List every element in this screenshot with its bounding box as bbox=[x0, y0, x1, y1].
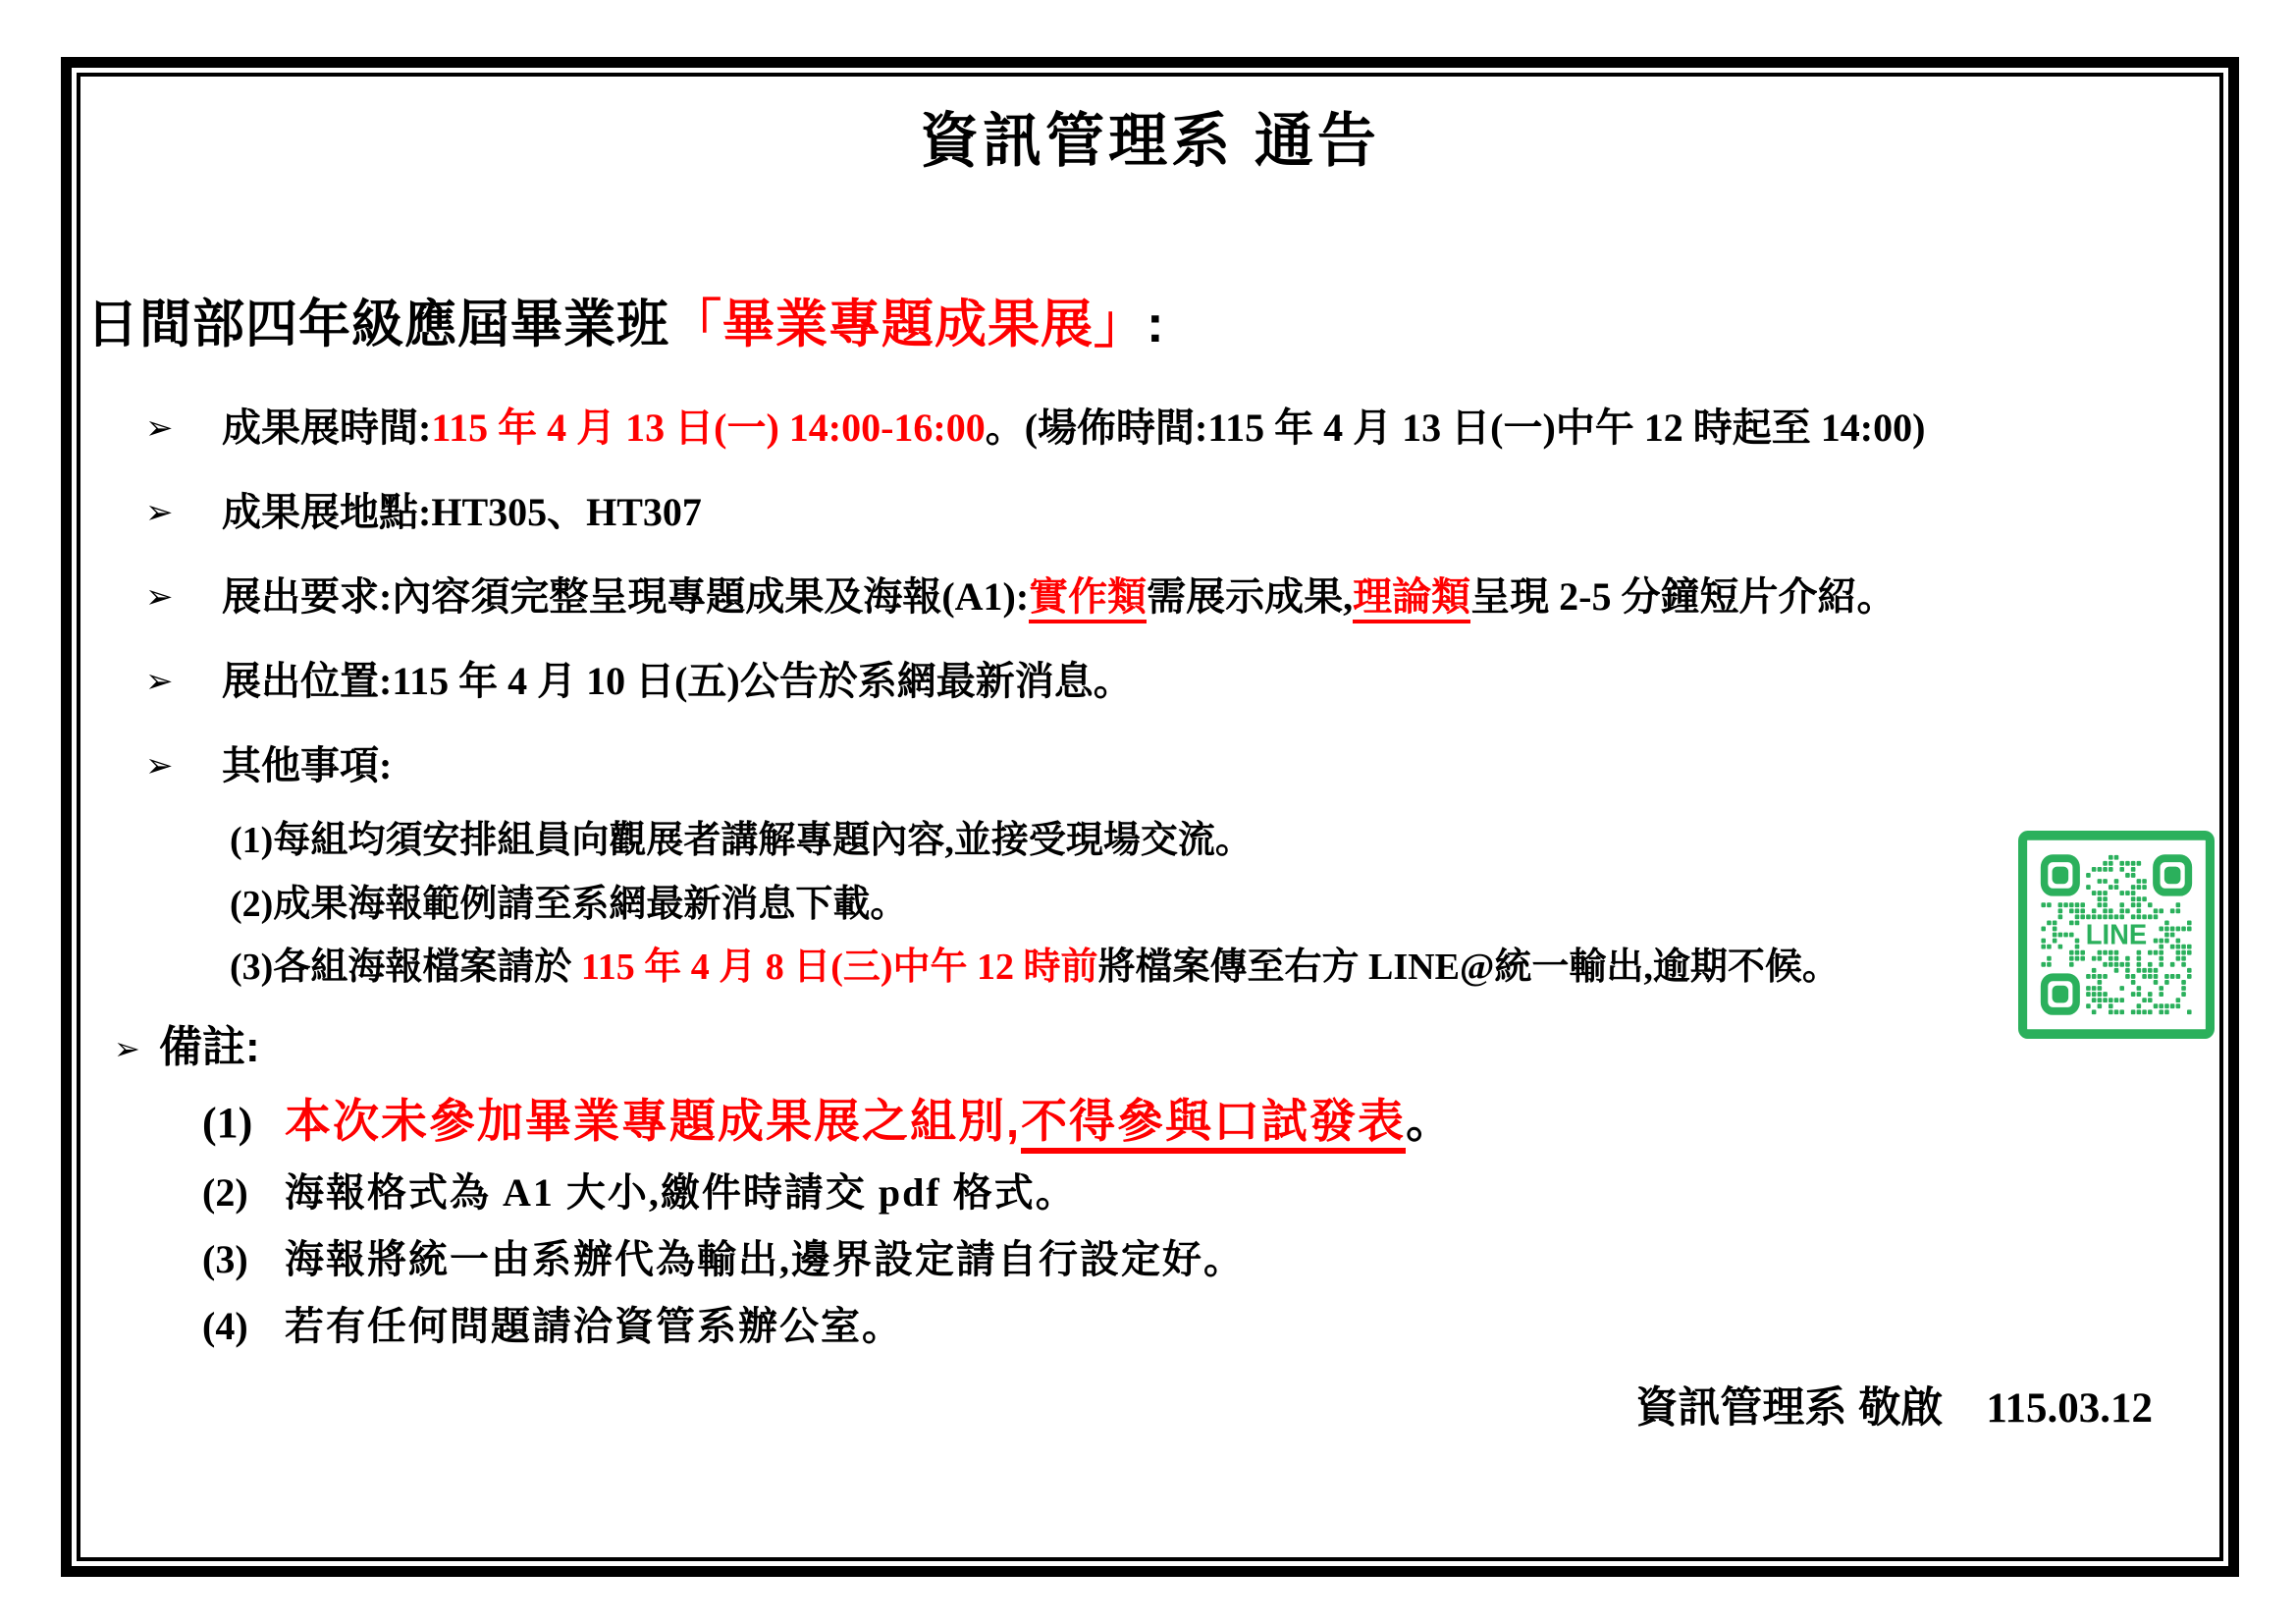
arrow-bullet-icon: ➢ bbox=[145, 577, 222, 618]
bullet-location: ➢ 成果展地點:HT305、HT307 bbox=[86, 489, 2214, 536]
heading-highlight: 「畢業專題成果展」 bbox=[669, 296, 1147, 353]
bullet-time-text: 成果展時間:115 年 4 月 13 日(一) 14:00-16:00。(場佈時… bbox=[222, 405, 1925, 452]
note-item-1-warning: 本次未參加畢業專題成果展之組別, bbox=[285, 1095, 1021, 1147]
bullet-notes: ➢ 備註: bbox=[86, 1022, 2214, 1074]
qr-code-image: LINE bbox=[2018, 831, 2215, 1039]
bullet-requirements-text: 展出要求:內容須完整呈現專題成果及海報(A1):實作類需展示成果,理論類呈現 2… bbox=[222, 573, 1896, 621]
requirements-practical: 實作類 bbox=[1029, 574, 1147, 623]
others-item-3: (3)各組海報檔案請於 115 年 4 月 8 日(三)中午 12 時前將檔案傳… bbox=[230, 946, 2214, 991]
note-item-3: (3) 海報將統一由系辦代為輸出,邊界設定請自行設定好。 bbox=[202, 1236, 2214, 1283]
note-item-2: (2) 海報格式為 A1 大小,繳件時請交 pdf 格式。 bbox=[202, 1169, 2214, 1217]
footer-signature: 資訊管理系 敬啟 bbox=[1635, 1384, 1943, 1432]
others-item-1: (1)每組均須安排組員向觀展者講解專題內容,並接受現場交流。 bbox=[230, 819, 2214, 864]
bullet-time: ➢ 成果展時間:115 年 4 月 13 日(一) 14:00-16:00。(場… bbox=[86, 405, 2214, 452]
notes-label: 備註: bbox=[159, 1022, 260, 1074]
others-item-2-text: 成果海報範例請至系網最新消息下載。 bbox=[273, 884, 907, 925]
requirements-theoretical: 理論類 bbox=[1353, 574, 1470, 623]
bullet-location-text: 成果展地點:HT305、HT307 bbox=[222, 489, 702, 536]
notice-footer: 資訊管理系 敬啟115.03.12 bbox=[86, 1383, 2214, 1435]
line-qr-code: LINE bbox=[2018, 831, 2215, 1039]
arrow-bullet-icon: ➢ bbox=[145, 408, 222, 449]
others-item-3-num: (3) bbox=[230, 947, 273, 988]
others-item-2-num: (2) bbox=[230, 884, 273, 925]
page-border-outer: 資訊管理系 通告 日間部四年級應屆畢業班「畢業專題成果展」: ➢ 成果展時間:1… bbox=[61, 57, 2239, 1577]
arrow-bullet-icon: ➢ bbox=[145, 493, 222, 533]
note-item-4-text: 若有任何問題請洽資管系辦公室。 bbox=[285, 1303, 903, 1350]
others-item-2: (2)成果海報範例請至系網最新消息下載。 bbox=[230, 883, 2214, 928]
arrow-bullet-icon: ➢ bbox=[145, 662, 222, 702]
bullet-position: ➢ 展出位置:115 年 4 月 10 日(五)公告於系網最新消息。 bbox=[86, 658, 2214, 705]
note-item-4: (4) 若有任何問題請洽資管系辦公室。 bbox=[202, 1303, 2214, 1350]
others-item-3-pre: 各組海報檔案請於 bbox=[273, 947, 581, 988]
bullet-others: ➢ 其他事項: bbox=[86, 742, 2214, 789]
others-item-3-deadline: 115 年 4 月 8 日(三)中午 12 時前 bbox=[581, 947, 1098, 988]
note-item-2-text: 海報格式為 A1 大小,繳件時請交 pdf 格式。 bbox=[285, 1169, 1077, 1217]
note-item-3-num: (3) bbox=[202, 1236, 285, 1283]
others-item-1-num: (1) bbox=[230, 820, 273, 861]
others-item-3-post: 將檔案傳至右方 LINE@統一輸出,逾期不候。 bbox=[1098, 947, 1840, 988]
heading-colon: : bbox=[1147, 296, 1165, 353]
note-item-4-num: (4) bbox=[202, 1303, 285, 1350]
location-rooms: HT305、HT307 bbox=[431, 490, 702, 534]
requirements-pre: 展出要求:內容須完整呈現專題成果及海報(A1): bbox=[222, 574, 1029, 619]
note-item-1-period: 。 bbox=[1406, 1095, 1454, 1147]
time-rest: 。(場佈時間:115 年 4 月 13 日(一)中午 12 時起至 14:00) bbox=[986, 406, 1926, 450]
page-border-inner: 資訊管理系 通告 日間部四年級應屆畢業班「畢業專題成果展」: ➢ 成果展時間:1… bbox=[77, 73, 2223, 1561]
time-label: 成果展時間: bbox=[222, 406, 431, 450]
notice-body: ➢ 成果展時間:115 年 4 月 13 日(一) 14:00-16:00。(場… bbox=[86, 405, 2214, 1434]
requirements-post: 呈現 2-5 分鐘短片介紹。 bbox=[1470, 574, 1896, 619]
arrow-bullet-icon: ➢ bbox=[145, 746, 222, 786]
footer-date: 115.03.12 bbox=[1986, 1385, 2153, 1432]
requirements-mid: 需展示成果, bbox=[1147, 574, 1353, 619]
notice-heading: 日間部四年級應屆畢業班「畢業專題成果展」: bbox=[86, 297, 2214, 353]
svg-text:LINE: LINE bbox=[2086, 918, 2147, 950]
bullet-position-text: 展出位置:115 年 4 月 10 日(五)公告於系網最新消息。 bbox=[222, 658, 1133, 705]
note-item-1: (1) 本次未參加畢業專題成果展之組別,不得參與口試發表。 bbox=[202, 1094, 2214, 1150]
arrow-bullet-icon: ➢ bbox=[114, 1030, 159, 1067]
notice-page: { "document": { "title": "資訊管理系 通告", "he… bbox=[0, 0, 2296, 1624]
note-item-1-text: 本次未參加畢業專題成果展之組別,不得參與口試發表。 bbox=[285, 1094, 1454, 1149]
note-item-3-text: 海報將統一由系辦代為輸出,邊界設定請自行設定好。 bbox=[285, 1236, 1245, 1283]
note-item-2-num: (2) bbox=[202, 1169, 285, 1217]
others-label: 其他事項: bbox=[222, 742, 392, 789]
bullet-requirements: ➢ 展出要求:內容須完整呈現專題成果及海報(A1):實作類需展示成果,理論類呈現… bbox=[86, 573, 2214, 621]
notice-title: 資訊管理系 通告 bbox=[86, 112, 2214, 171]
heading-prefix: 日間部四年級應屆畢業班 bbox=[86, 296, 669, 353]
note-item-1-num: (1) bbox=[202, 1098, 285, 1150]
time-highlight: 115 年 4 月 13 日(一) 14:00-16:00 bbox=[431, 406, 985, 450]
others-item-1-text: 每組均須安排組員向觀展者講解專題內容,並接受現場交流。 bbox=[273, 820, 1253, 861]
location-label: 成果展地點: bbox=[222, 490, 431, 534]
note-item-1-forbidden: 不得參與口試發表 bbox=[1021, 1095, 1406, 1154]
